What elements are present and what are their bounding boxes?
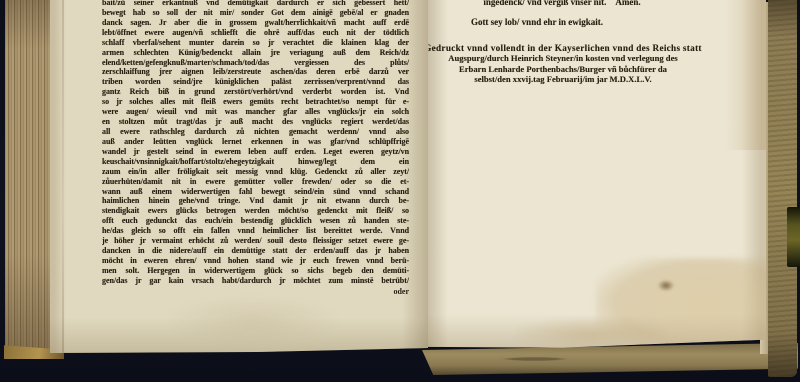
text-line: danck sagen. Jr aber die in grossem gwal… (102, 18, 409, 28)
text-line: were augen/ wieuil vnd mit was mancher g… (102, 107, 409, 117)
right-page: ingedenck/ vnd vergiß vnser nit. Amen. G… (428, 0, 766, 349)
colophon-line: selbst/den xxvij.tag Februarij/im jar M.… (428, 74, 704, 84)
text-line: keuschait/vnsinnigkait/hoffart/stoltz/eh… (102, 157, 409, 167)
text-line: möcht in eweren ehren/ vnnd hohen stand … (102, 256, 409, 266)
text-line: wann auß einem widerwertigen fahl bewegt… (102, 187, 409, 197)
stain (168, 298, 338, 343)
book-photo: bait/zů seiner erkantnuß vnd demütigkait… (0, 0, 800, 382)
text-line: gen/das jr gar kain vrsach habt/dardurch… (102, 276, 409, 286)
stain (726, 0, 766, 150)
colophon-line: Erbarn Lenharde Porthenbachs/Burger vñ b… (428, 64, 704, 74)
text-line: lebt/öffnet ewere augen/vñ schliefft die… (102, 28, 409, 38)
doxology-line: Gott sey lob/ vnnd ehr in ewigkait. (428, 17, 646, 27)
text-line: so jr solches alles mit fleiß ewers gemü… (102, 97, 409, 107)
text-line: haimlichen hinein gehe/vnd tringe. Vnd d… (102, 196, 409, 206)
cover-board-right (768, 0, 797, 377)
text-line: schlaff vberfal/sehent munter darein so … (102, 38, 409, 48)
text-line: wandel jr gestelt seind in ewerem leben … (102, 147, 409, 157)
text-line: triben worden seind/jre künigklichen pal… (102, 77, 409, 87)
text-line: stendigkait ewers glücks betrogen werden… (102, 206, 409, 216)
text-line: bait/zů seiner erkantnuß vnd demütigkait… (102, 0, 409, 8)
colophon-line: Gedruckt vnnd vollendt in der Kayserlich… (428, 43, 704, 53)
colophon: Gedruckt vnnd vollendt in der Kayserlich… (428, 43, 704, 84)
amen-line: ingedenck/ vnd vergiß vnser nit. Amen. (452, 0, 672, 7)
left-page-text-block: bait/zů seiner erkantnuß vnd demütigkait… (102, 0, 409, 286)
left-page: bait/zů seiner erkantnuß vnd demütigkait… (50, 0, 428, 353)
catchword: oder (102, 287, 409, 296)
colophon-line: Augspurg/durch Heinrich Steyner/in koste… (428, 53, 704, 63)
text-line: armen schlechten Künig/bedenckt allain j… (102, 48, 409, 58)
text-line: he/das gleich so offt ein fallen vnnd he… (102, 226, 409, 236)
text-line: gantz Reich biß in grund zerstört/verhör… (102, 87, 409, 97)
text-line: all ewere rathschleg dardurch zů nichten… (102, 127, 409, 137)
text-line: zaum ein/in aller fröligkait seit messig… (102, 167, 409, 177)
text-line: elend/ketten/gefengknuß/marter/schmach/t… (102, 58, 409, 68)
text-line: offt euch gedunckt das euch/ein bestendi… (102, 216, 409, 226)
text-line: bewegt hab so soll der nit mir/ sonder G… (102, 8, 409, 18)
text-line: en stoltzen můt tragt/das jr auß macht d… (102, 117, 409, 127)
text-line: men solt. Hergegen in widerwertigem glüc… (102, 266, 409, 276)
cover-bottom-edge (422, 343, 798, 375)
text-line: je höher jr vermaint erhöcht zů werden/ … (102, 236, 409, 246)
text-line: dancken in die nidere/auff ein demüttige… (102, 246, 409, 256)
clasp (787, 207, 800, 267)
stain (516, 318, 666, 349)
stain (658, 280, 674, 291)
stain (596, 258, 766, 349)
text-line: zerschlaiffung jrer aignen leib/zerstreu… (102, 67, 409, 77)
text-line: zůuerhüten/damit nit in ewere gemütter v… (102, 177, 409, 187)
page-crease (62, 0, 64, 353)
book-fore-edge (5, 0, 51, 354)
text-line: auß ander leütten vnglück lernet erkenne… (102, 137, 409, 147)
